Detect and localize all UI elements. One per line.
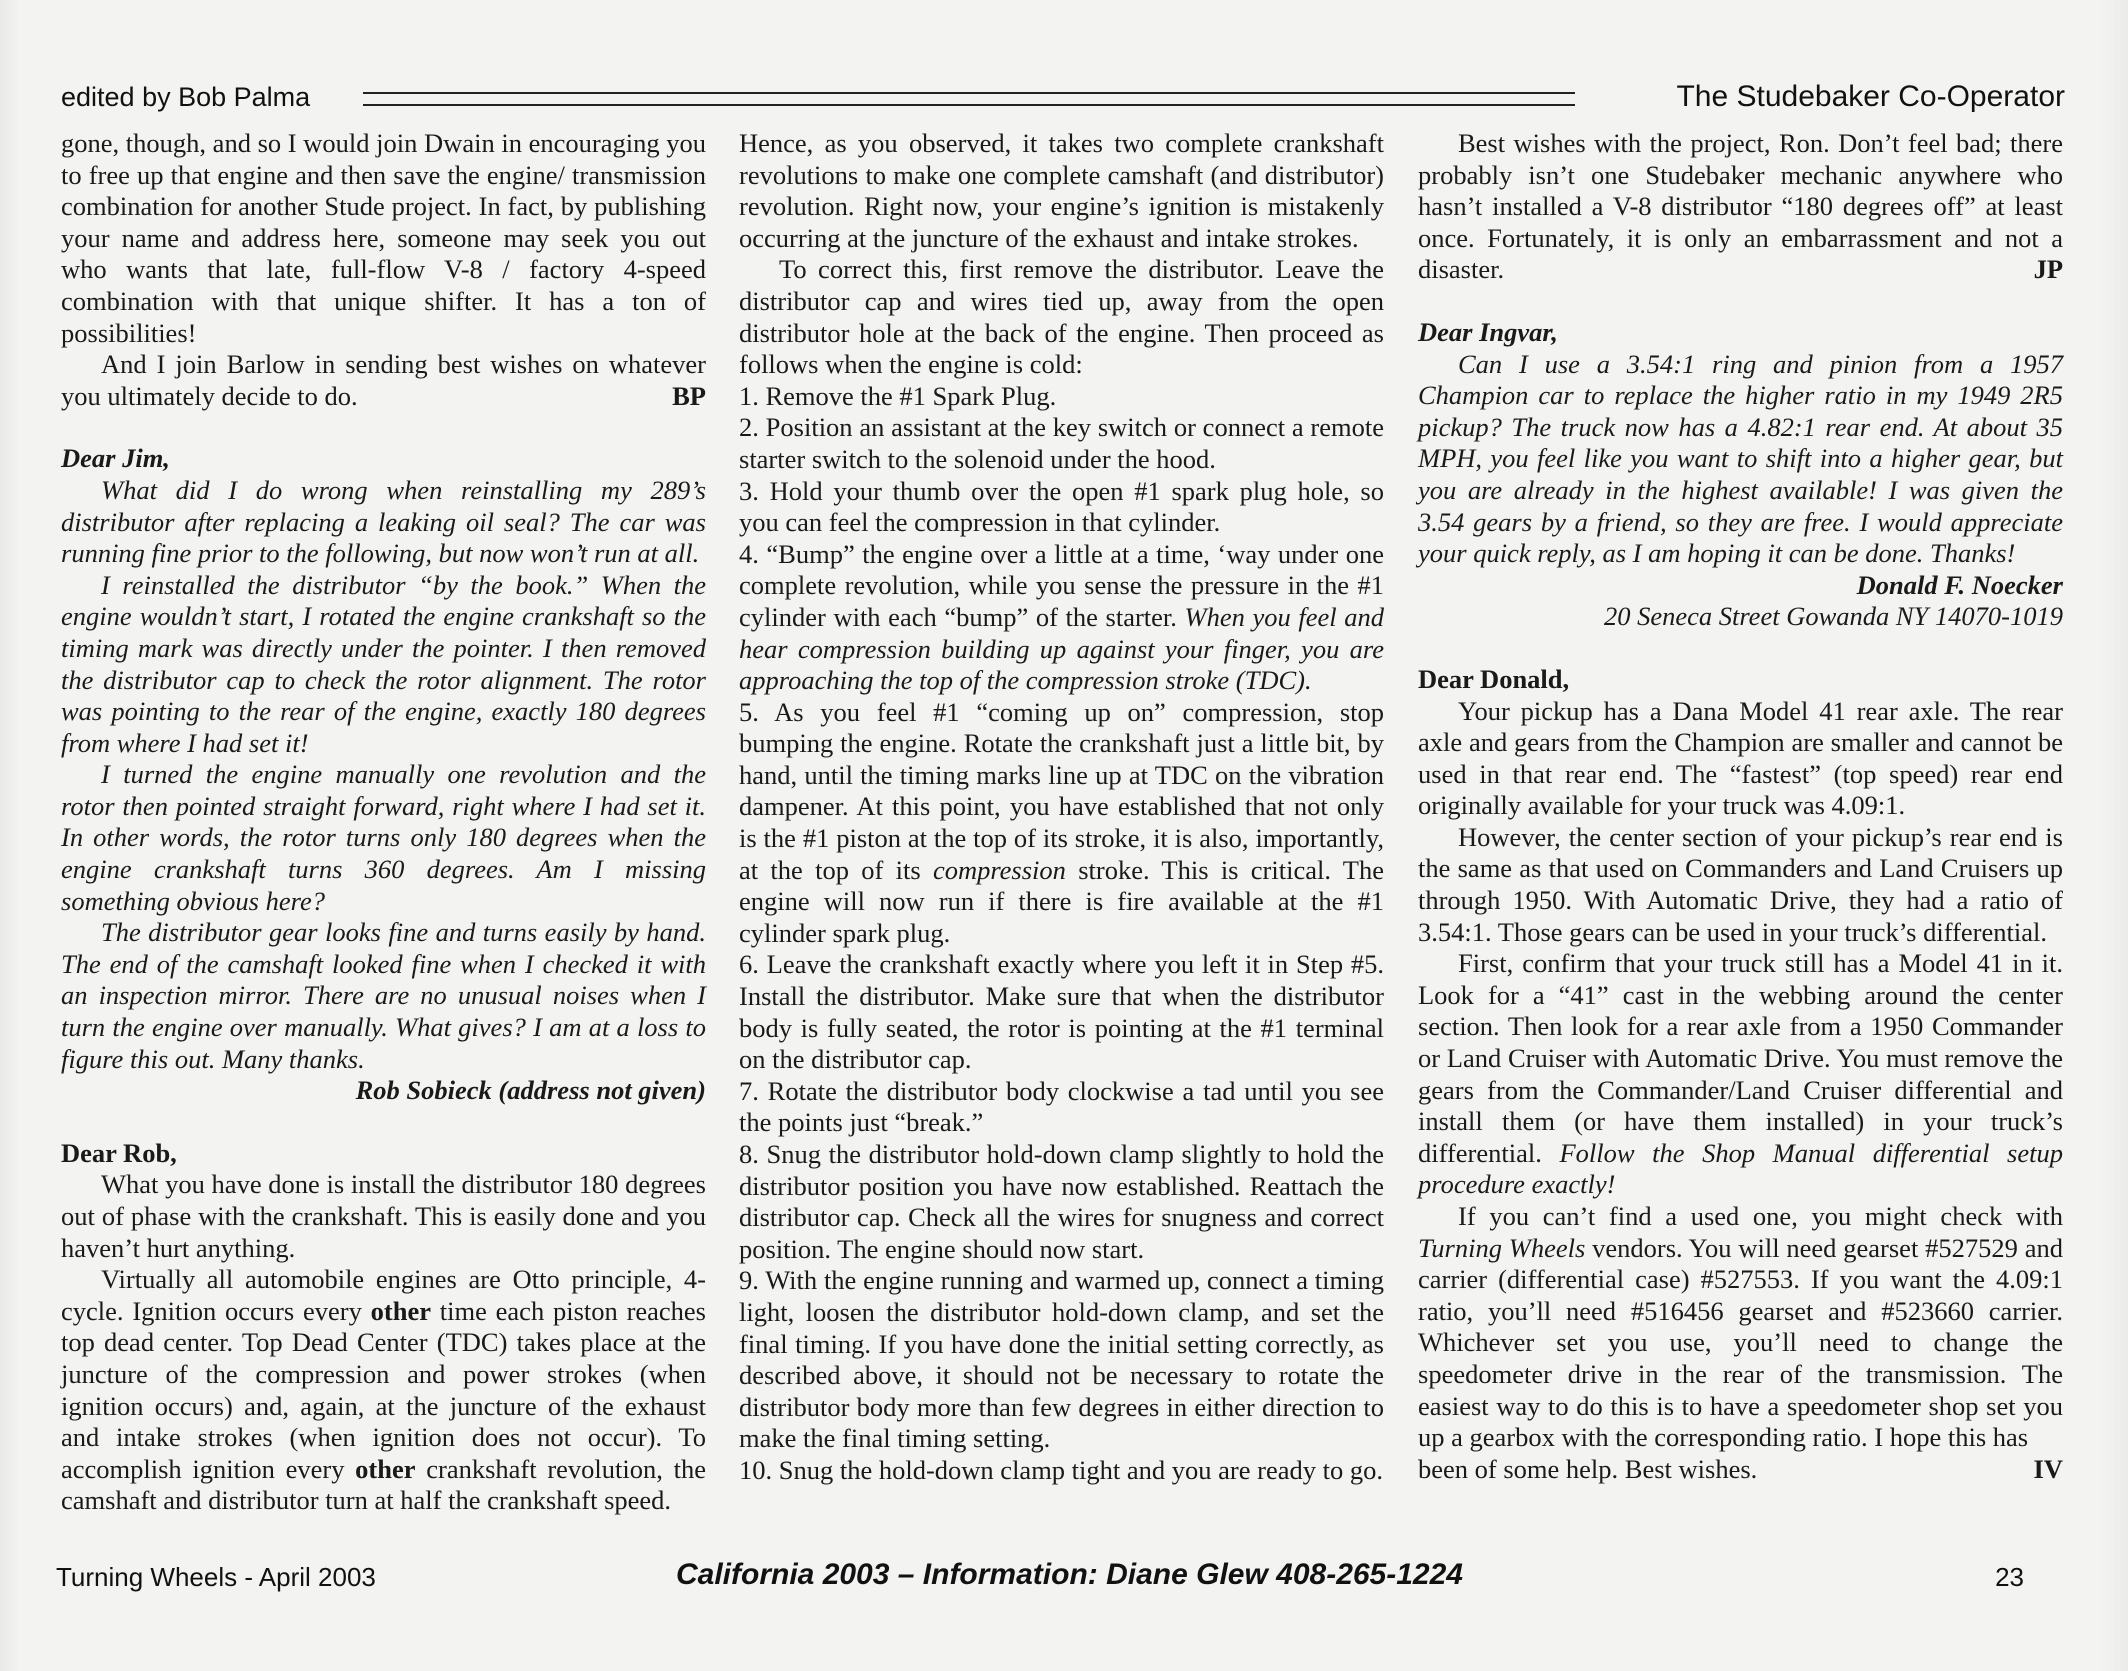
reply-salutation: Dear Donald, bbox=[1418, 664, 2063, 696]
text: been of some help. Best wishes. bbox=[1418, 1454, 1757, 1486]
paragraph: To correct this, first remove the distri… bbox=[739, 254, 1384, 380]
step-3: 3. Hold your thumb over the open #1 spar… bbox=[739, 476, 1384, 539]
column-3: Best wishes with the project, Ron. Don’t… bbox=[1418, 128, 2063, 1485]
letter-signature: Donald F. Noecker bbox=[1418, 570, 2063, 602]
text: If you can’t find a used one, you might … bbox=[1458, 1201, 2063, 1231]
reply-paragraph: Your pickup has a Dana Model 41 rear axl… bbox=[1418, 696, 2063, 822]
running-header: edited by Bob Palma The Studebaker Co-Op… bbox=[61, 78, 2065, 118]
step-2: 2. Position an assistant at the key swit… bbox=[739, 412, 1384, 475]
step-5: 5. As you feel #1 “coming up on” compres… bbox=[739, 697, 1384, 950]
issue-label: Turning Wheels - April 2003 bbox=[56, 1562, 376, 1593]
running-footer: Turning Wheels - April 2003 California 2… bbox=[56, 1558, 2066, 1598]
column-2: Hence, as you observed, it takes two com… bbox=[739, 128, 1384, 1487]
italic-text: Turning Wheels bbox=[1418, 1233, 1585, 1263]
bold-text: other bbox=[371, 1296, 431, 1326]
text: First, confirm that your truck still has… bbox=[1418, 948, 2063, 1168]
reply-paragraph: However, the center section of your pick… bbox=[1418, 822, 2063, 948]
step-4: 4. “Bump” the engine over a little at a … bbox=[739, 539, 1384, 697]
step-7: 7. Rotate the distributor body clockwise… bbox=[739, 1076, 1384, 1139]
paragraph: gone, though, and so I would join Dwain … bbox=[61, 128, 706, 349]
editor-credit: edited by Bob Palma bbox=[61, 82, 310, 113]
step-1: 1. Remove the #1 Spark Plug. bbox=[739, 381, 1384, 413]
letter-salutation: Dear Jim, bbox=[61, 443, 706, 475]
page-number: 23 bbox=[1995, 1562, 2024, 1593]
letter-paragraph: What did I do wrong when reinstalling my… bbox=[61, 475, 706, 570]
reply-paragraph: If you can’t find a used one, you might … bbox=[1418, 1201, 2063, 1454]
letter-address: 20 Seneca Street Gowanda NY 14070-1019 bbox=[1418, 601, 2063, 633]
bold-text: other bbox=[355, 1454, 415, 1484]
step-9: 9. With the engine running and warmed up… bbox=[739, 1265, 1384, 1455]
reply-paragraph: Virtually all automobile engines are Ott… bbox=[61, 1264, 706, 1517]
step-10: 10. Snug the hold-down clamp tight and y… bbox=[739, 1455, 1384, 1487]
paragraph: Hence, as you observed, it takes two com… bbox=[739, 128, 1384, 254]
editor-initials: BP bbox=[672, 381, 706, 413]
letter-signature: Rob Sobieck (address not given) bbox=[61, 1075, 706, 1107]
event-banner: California 2003 – Information: Diane Gle… bbox=[676, 1558, 1463, 1592]
editor-initials: JP bbox=[2034, 254, 2063, 286]
column-1: gone, though, and so I would join Dwain … bbox=[61, 128, 706, 1517]
letter-paragraph: Can I use a 3.54:1 ring and pinion from … bbox=[1418, 349, 2063, 570]
reply-paragraph: First, confirm that your truck still has… bbox=[1418, 948, 2063, 1201]
reply-paragraph: What you have done is install the distri… bbox=[61, 1169, 706, 1264]
letter-paragraph: I reinstalled the distributor “by the bo… bbox=[61, 570, 706, 760]
reply-salutation: Dear Rob, bbox=[61, 1138, 706, 1170]
letter-salutation: Dear Ingvar, bbox=[1418, 317, 2063, 349]
initials-line: JP bbox=[1418, 254, 2063, 286]
italic-text: compression bbox=[933, 855, 1066, 885]
section-title: The Studebaker Co-Operator bbox=[1676, 80, 2065, 114]
step-6: 6. Leave the crankshaft exactly where yo… bbox=[739, 949, 1384, 1075]
editor-initials: IV bbox=[2034, 1454, 2063, 1486]
letter-paragraph: The distributor gear looks fine and turn… bbox=[61, 917, 706, 1075]
step-8: 8. Snug the distributor hold-down clamp … bbox=[739, 1139, 1384, 1265]
letter-paragraph: I turned the engine manually one revolut… bbox=[61, 759, 706, 917]
header-double-rule bbox=[363, 92, 1575, 106]
text: vendors. You will need gearset #527529 a… bbox=[1418, 1233, 2063, 1453]
closing-line: been of some help. Best wishes. IV bbox=[1418, 1454, 2063, 1486]
